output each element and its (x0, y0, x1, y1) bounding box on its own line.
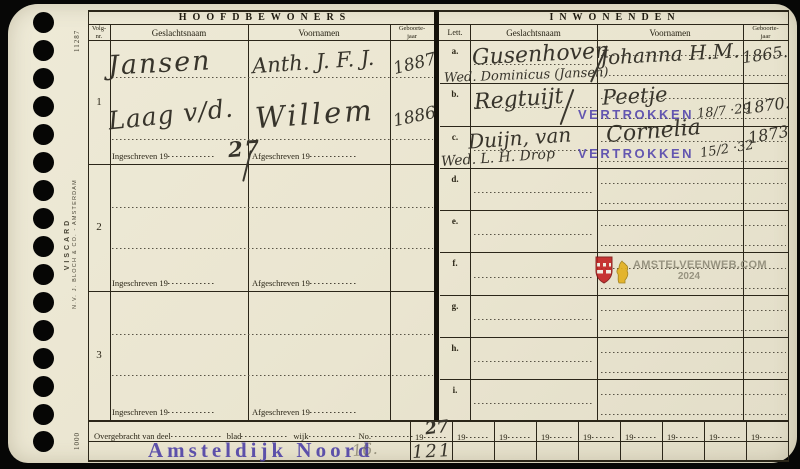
watermark: AMSTELVEENWEB.COM 2024 (595, 255, 745, 282)
col-header-volgnr-line1: Volg- (92, 25, 106, 32)
row-letter-c: c. (443, 132, 467, 142)
handwritten-card-number: 121 (411, 440, 452, 463)
row-number-2: 2 (89, 221, 109, 233)
afgeschreven-row: Afgeschreven 19 (252, 402, 356, 420)
row-letter-f: f. (443, 258, 467, 268)
punch-hole (33, 292, 54, 313)
dotted-line (601, 414, 786, 415)
afgeschreven-label: Afgeschreven 19 (252, 278, 310, 288)
handwritten-ingeschreven-year: 27 (227, 135, 262, 162)
row-letter-d: d. (443, 174, 467, 184)
serial-number: 11287 (73, 12, 81, 52)
year-cell: 19 (709, 427, 742, 445)
handwritten-lodger-firstnames-b: Peetje (601, 82, 668, 109)
year-prefix: 19 (667, 432, 676, 442)
dotted-line (474, 192, 593, 193)
dotted-line (601, 225, 786, 226)
dotted-leader (592, 437, 616, 438)
grid-line (620, 420, 621, 460)
col-header-volgnr-line2: nr. (96, 33, 103, 40)
year-cell: 19 (541, 427, 574, 445)
dotted-leader (466, 437, 490, 438)
row-letter-i: i. (443, 385, 467, 395)
year-prefix: 19 (499, 432, 508, 442)
grid-line (746, 420, 747, 460)
col-header-geboortejaar2-line1: Geboorte- (752, 25, 778, 32)
grid-line (440, 168, 789, 169)
punch-hole (33, 152, 54, 173)
grid-line (578, 420, 579, 460)
year-cell: 19 (457, 427, 490, 445)
col-header-lett: Lett. (440, 28, 470, 37)
watermark-site: AMSTELVEENWEB.COM (633, 259, 745, 271)
dotted-line (112, 139, 433, 140)
dotted-line (112, 334, 433, 335)
col-header-geslachtsnaam: Geslachtsnaam (110, 28, 248, 38)
dotted-leader (310, 283, 356, 284)
dotted-line (601, 245, 786, 246)
amstelveen-coat-of-arms-icon (595, 255, 629, 285)
col-header-voornamen-2: Voornamen (597, 28, 743, 38)
dotted-leader (634, 437, 658, 438)
stock-number: 1000 (73, 416, 81, 450)
year-cell: 19 (625, 427, 658, 445)
grid-line (440, 337, 789, 338)
year-prefix: 19 (541, 432, 550, 442)
col-header-geboortejaar-line2: jaar (407, 33, 417, 40)
grid-line (110, 24, 111, 420)
dotted-leader (168, 156, 214, 157)
punch-hole (33, 404, 54, 425)
punch-hole (33, 376, 54, 397)
punch-hole (33, 12, 54, 33)
dotted-line (601, 310, 786, 311)
punch-hole (33, 348, 54, 369)
afgeschreven-row: Afgeschreven 19 (252, 146, 356, 164)
punch-hole (33, 180, 54, 201)
afgeschreven-label: Afgeschreven 19 (252, 407, 310, 417)
year-cell: 19 (667, 427, 700, 445)
year-cell: 19 (751, 427, 784, 445)
pencil-note: 16. (351, 439, 378, 461)
ingeschreven-label: Ingeschreven 19 (112, 151, 168, 161)
grid-line (597, 24, 598, 420)
printer-firm: N.V. J. BLOCH & CO. - AMSTERDAM (72, 159, 79, 329)
grid-line (440, 379, 789, 380)
dotted-line (601, 288, 786, 289)
punch-hole (33, 320, 54, 341)
printer-imprint: VISCARD N.V. J. BLOCH & CO. - AMSTERDAM (63, 159, 79, 329)
scanned-photo-background: 11287 1000 VISCARD N.V. J. BLOCH & CO. -… (0, 0, 800, 469)
dotted-leader (171, 436, 223, 437)
dotted-line (601, 203, 786, 204)
center-divider (434, 10, 439, 420)
ingeschreven-row: Ingeschreven 19 (112, 273, 214, 291)
dotted-leader (508, 437, 532, 438)
grid-line (440, 210, 789, 211)
dotted-line (601, 75, 786, 76)
dotted-line (601, 183, 786, 184)
dotted-line (474, 277, 593, 278)
punch-hole (33, 236, 54, 257)
row-letter-e: e. (443, 216, 467, 226)
section-title-inwonenden: INWONENDEN (470, 12, 760, 23)
row-letter-g: g. (443, 301, 467, 311)
dotted-line (601, 394, 786, 395)
punch-hole (33, 68, 54, 89)
dotted-line (601, 330, 786, 331)
grid-line (788, 10, 789, 462)
col-header-geboortejaar: Geboorte- jaar (390, 25, 434, 40)
ingeschreven-label: Ingeschreven 19 (112, 278, 168, 288)
dotted-leader (760, 437, 784, 438)
section-title-hoofdbewoners: HOOFDBEWONERS (120, 12, 410, 23)
punch-hole (33, 124, 54, 145)
grid-line (88, 291, 434, 292)
dotted-leader (371, 436, 415, 437)
col-header-volgnr: Volg- nr. (88, 25, 110, 40)
dotted-line (601, 372, 786, 373)
col-header-voornamen: Voornamen (248, 28, 390, 38)
grid-line (440, 295, 789, 296)
year-prefix: 19 (625, 432, 634, 442)
dotted-leader (550, 437, 574, 438)
row-number-3: 3 (89, 349, 109, 361)
ingeschreven-row: Ingeschreven 19 (112, 402, 214, 420)
year-cell: 19 (583, 427, 616, 445)
punch-hole (33, 431, 54, 452)
dotted-line (601, 352, 786, 353)
row-letter-h: h. (443, 343, 467, 353)
grid-line (536, 420, 537, 460)
dotted-line (112, 248, 433, 249)
dotted-leader (309, 436, 355, 437)
year-prefix: 19 (583, 432, 592, 442)
vertrokken-stamp-c: VERTROKKEN (578, 146, 694, 161)
year-cell: 19 (499, 427, 532, 445)
grid-line (743, 24, 744, 420)
dotted-line (112, 207, 433, 208)
dotted-line (474, 234, 593, 235)
grid-line (88, 10, 89, 462)
ingeschreven-label: Ingeschreven 19 (112, 407, 168, 417)
grid-line (390, 24, 391, 420)
dotted-leader (168, 283, 214, 284)
printer-name: VISCARD (63, 159, 72, 329)
dotted-leader (310, 156, 356, 157)
handwritten-registration-year: 27 (424, 417, 450, 440)
dotted-line (474, 403, 593, 404)
dotted-leader (676, 437, 700, 438)
punch-hole (33, 96, 54, 117)
row-letter-b: b. (443, 89, 467, 99)
dotted-line (474, 319, 593, 320)
grid-line (662, 420, 663, 460)
dotted-leader (718, 437, 742, 438)
year-prefix: 19 (751, 432, 760, 442)
col-header-geboortejaar-2: Geboorte- jaar (743, 25, 788, 40)
dotted-leader (310, 412, 356, 413)
year-prefix: 19 (709, 432, 718, 442)
col-header-geslachtsnaam-2: Geslachtsnaam (470, 28, 597, 38)
col-header-geboortejaar2-line2: jaar (761, 33, 771, 40)
grid-line (704, 420, 705, 460)
col-header-geboortejaar-line1: Geboorte- (399, 25, 425, 32)
row-letter-a: a. (443, 46, 467, 56)
punch-hole (33, 40, 54, 61)
dotted-leader (168, 412, 214, 413)
dotted-leader (241, 436, 289, 437)
grid-line (248, 24, 249, 420)
address-stamp: Amsteldijk Noord (148, 438, 374, 463)
ingeschreven-row: Ingeschreven 19 (112, 146, 214, 164)
dotted-line (474, 361, 593, 362)
punch-hole (33, 264, 54, 285)
dotted-line (112, 375, 433, 376)
grid-line (494, 420, 495, 460)
afgeschreven-row: Afgeschreven 19 (252, 273, 356, 291)
grid-line (88, 164, 434, 165)
year-prefix: 19 (457, 432, 466, 442)
grid-line (440, 252, 789, 253)
punch-hole (33, 208, 54, 229)
watermark-year: 2024 (633, 271, 745, 282)
handwritten-surname-1: Jansen (107, 45, 212, 81)
dotted-line (601, 161, 786, 162)
